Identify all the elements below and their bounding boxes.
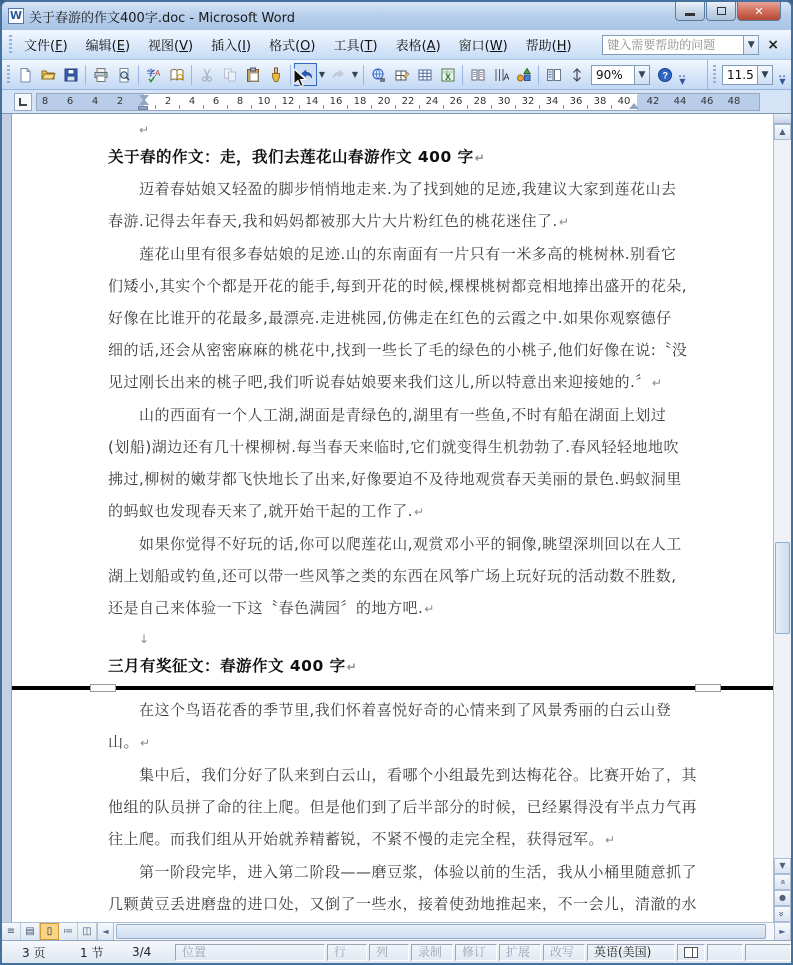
tables-and-borders-button[interactable] (390, 63, 413, 86)
toolbar-drag-handle[interactable] (7, 65, 10, 85)
split-handle[interactable] (774, 114, 791, 124)
language-indicator[interactable]: 英语(美国) (587, 944, 675, 961)
paragraph-text: 关于春的作文：走，我们去莲花山春游作文 400 字 (108, 148, 474, 166)
formatting-mark-line: ↓ (138, 625, 773, 651)
location-indicator: 位置 (175, 944, 325, 961)
paragraph-text: 在这个鸟语花香的季节里,我们怀着喜悦好奇的心情来到了风景秀丽的白云山登 山。 (108, 701, 671, 751)
paragraph-mark: ↵ (474, 151, 485, 165)
ruler-number: 6 (67, 96, 73, 107)
menu-items: 文件(F)编辑(E)视图(V)插入(I)格式(O)工具(T)表格(A)窗口(W)… (15, 35, 581, 54)
cut-button[interactable] (195, 63, 218, 86)
toolbar-drag-handle[interactable] (713, 65, 716, 85)
ruler-number: 18 (354, 96, 367, 107)
document-paragraph[interactable]: 集中后，我们分好了队来到白云山，看哪个小组最先到达梅花谷。比赛开始了，其 他组的… (108, 759, 728, 856)
paragraph-mark: ↵ (346, 660, 357, 674)
ruler-number: 28 (474, 96, 487, 107)
word-window: W 关于春游的作文400字.doc - Microsoft Word ✕ 文件(… (0, 0, 793, 965)
paragraph-mark: ↓ (138, 632, 149, 646)
status-bar: 3 页 1 节 3/4 位置 行 列 录制 修订 扩展 改写 英语(美国) (2, 940, 791, 963)
columns-button[interactable] (466, 63, 489, 86)
document-paragraph[interactable]: 如果你觉得不好玩的话,你可以爬莲花山,观赏邓小平的铜像,眺望深圳回以在人工 湖上… (108, 528, 728, 625)
restore-button[interactable] (706, 2, 736, 21)
word-document-icon: W (8, 8, 24, 24)
show-hide-marks-icon (569, 67, 585, 83)
tables-and-borders-icon (394, 67, 410, 83)
drawing-button[interactable] (512, 63, 535, 86)
paste-icon (245, 67, 261, 83)
ruler-number: 8 (237, 96, 243, 107)
drawing-icon (516, 67, 532, 83)
ruler-number: 14 (306, 96, 319, 107)
ruler-number: 40 (618, 96, 631, 107)
page-position-indicator: 3/4 (126, 945, 174, 959)
ruler-number: 16 (330, 96, 343, 107)
new-document-button[interactable] (13, 63, 36, 86)
ruler-left-margin-zone (37, 94, 144, 110)
paragraph-text: 迈着春姑娘又轻盈的脚步悄悄地走来.为了找到她的足迹,我建议大家到莲花山去 春游.… (108, 180, 677, 230)
ruler-number: 2 (117, 96, 123, 107)
section-indicator: 1 节 (74, 944, 126, 961)
spelling-book-icon (684, 947, 698, 958)
title-bar[interactable]: W 关于春游的作文400字.doc - Microsoft Word ✕ (2, 2, 791, 30)
paragraph-mark: ↵ (651, 376, 662, 390)
paragraph-text: 莲花山里有很多春姑娘的足迹.山的东南面有一片只有一米多高的桃树林.别看它 们矮小… (108, 245, 687, 391)
help-dropdown-arrow[interactable]: ▼ (744, 35, 759, 55)
insert-table-icon (417, 67, 433, 83)
open-button[interactable] (36, 63, 59, 86)
ruler-number: 36 (570, 96, 583, 107)
svg-text:X: X (445, 72, 451, 82)
ruler-number: 48 (728, 96, 741, 107)
paragraph-mark: ↵ (558, 215, 569, 229)
research-icon (169, 67, 185, 83)
browse-ball-icon: ● (779, 894, 786, 902)
window-title: 关于春游的作文400字.doc - Microsoft Word (29, 7, 675, 26)
svg-text:字: 字 (147, 67, 155, 77)
ruler-row: 8642246810121416182022242628303234363840… (2, 90, 791, 114)
vertical-scroll-track[interactable] (774, 140, 791, 858)
open-icon (40, 67, 56, 83)
horizontal-scroll-thumb[interactable] (116, 924, 766, 939)
status-empty-cell (745, 944, 791, 961)
horizontal-scroll-track[interactable] (114, 923, 774, 940)
scroll-left-button[interactable]: ◄ (97, 923, 114, 940)
standard-toolbar: 字A▼▼XA90%▼?··▼ (4, 60, 707, 89)
next-page-button[interactable]: « (774, 906, 791, 922)
select-browse-object-button[interactable]: ● (774, 890, 791, 906)
toolbar-separator (138, 65, 139, 85)
menu-item-file[interactable]: 文件(F) (15, 35, 77, 58)
columns-icon (470, 67, 486, 83)
track-changes-toggle[interactable]: 修订 (455, 944, 497, 961)
document-heading[interactable]: 关于春的作文：走，我们去莲花山春游作文 400 字↵ (108, 142, 728, 173)
distribute-text-icon: A (493, 67, 509, 83)
extend-selection-toggle[interactable]: 扩展 (499, 944, 541, 961)
document-paragraph[interactable]: 莲花山里有很多春姑娘的足迹.山的东南面有一片只有一米多高的桃树林.别看它 们矮小… (108, 238, 728, 399)
document-paragraph[interactable]: 在这个鸟语花香的季节里,我们怀着喜悦好奇的心情来到了风景秀丽的白云山登 山。↵ (108, 694, 728, 759)
overtype-toggle[interactable]: 改写 (543, 944, 585, 961)
menu-item-insert[interactable]: 插入(I) (202, 35, 260, 58)
formatting-mark-line: ↵ (138, 116, 773, 142)
toolbar-separator (538, 65, 539, 85)
format-painter-button[interactable] (264, 63, 287, 86)
svg-text:A: A (155, 69, 161, 78)
paragraph-mark: ↵ (139, 736, 150, 750)
insert-hyperlink-button[interactable] (367, 63, 390, 86)
copy-icon (222, 67, 238, 83)
ruler-number: 20 (378, 96, 391, 107)
document-paragraph[interactable]: 第一阶段完毕，进入第二阶段——磨豆浆，体验以前的生活，我从小桶里随意抓了 几颗黄… (108, 856, 728, 920)
page-edge-notch (695, 684, 721, 692)
reading-layout-view-button[interactable]: ◫ (78, 923, 97, 940)
horizontal-scrollbar-row: ≡▤▯≔◫ ◄ ► (2, 922, 791, 940)
save-button[interactable] (59, 63, 82, 86)
web-layout-view-button[interactable]: ▤ (21, 923, 40, 940)
ruler-number: 24 (426, 96, 439, 107)
page-number-indicator: 3 页 (16, 944, 74, 961)
page-edge-notch (90, 684, 116, 692)
copy-button[interactable] (218, 63, 241, 86)
menu-item-edit[interactable]: 编辑(E) (77, 35, 139, 58)
distribute-text-button[interactable]: A (489, 63, 512, 86)
redo-button[interactable] (327, 63, 350, 86)
spelling-and-grammar-icon: 字A (146, 67, 162, 83)
ruler-number: 12 (282, 96, 295, 107)
toolbar-separator (363, 65, 364, 85)
insert-excel-worksheet-button[interactable]: X (436, 63, 459, 86)
print-icon (93, 67, 109, 83)
redo-dropdown-arrow[interactable]: ▼ (350, 70, 360, 79)
normal-view-button[interactable]: ≡ (2, 923, 21, 940)
macro-record-toggle[interactable]: 录制 (411, 944, 453, 961)
ruler-number: 2 (165, 96, 171, 107)
paragraph-text: 如果你觉得不好玩的话,你可以爬莲花山,观赏邓小平的铜像,眺望深圳回以在人工 湖上… (108, 535, 682, 617)
ruler-number: 4 (92, 96, 98, 107)
ruler-number: 6 (213, 96, 219, 107)
ruler-number: 42 (647, 96, 660, 107)
help-question-input[interactable]: 键入需要帮助的问题 (602, 35, 744, 55)
help-icon: ? (657, 67, 673, 83)
close-icon: ✕ (754, 6, 763, 17)
research-button[interactable] (165, 63, 188, 86)
document-paragraph[interactable]: 山的西面有一个人工湖,湖面是青绿色的,湖里有一些鱼,不时有船在湖面上划过 (划船… (108, 399, 728, 528)
toolbar-separator (290, 65, 291, 85)
zoom-combo[interactable]: 90%▼ (591, 65, 650, 85)
paragraph-text: 山的西面有一个人工湖,湖面是青绿色的,湖里有一些鱼,不时有船在湖面上划过 (划船… (108, 406, 682, 520)
paste-button[interactable] (241, 63, 264, 86)
mouse-cursor (293, 68, 307, 88)
reading-layout-view-icon: ◫ (82, 926, 91, 937)
scroll-up-button[interactable]: ▲ (774, 124, 791, 140)
minimize-icon (685, 13, 695, 16)
print-layout-view-icon: ▯ (47, 926, 53, 937)
ruler-number: 46 (701, 96, 714, 107)
vertical-scrollbar[interactable]: ▲ ▼ « ● « (773, 114, 791, 922)
normal-view-icon: ≡ (7, 926, 15, 937)
close-button[interactable]: ✕ (737, 2, 781, 21)
menu-item-help[interactable]: 帮助(H) (517, 35, 581, 58)
document-heading[interactable]: 三月有奖征文：春游作文 400 字↵ (108, 651, 728, 682)
ruler-number: 4 (189, 96, 195, 107)
document-paragraph[interactable]: 迈着春姑娘又轻盈的脚步悄悄地走来.为了找到她的足迹,我建议大家到莲花山去 春游.… (108, 173, 728, 238)
ruler-number: 44 (674, 96, 687, 107)
toolbar-separator (191, 65, 192, 85)
svg-text:A: A (503, 72, 509, 82)
ruler-number: 26 (450, 96, 463, 107)
menu-item-view[interactable]: 视图(V) (139, 35, 202, 58)
menu-item-tools[interactable]: 工具(T) (324, 35, 386, 58)
ruler-number: 8 (42, 96, 48, 107)
zoom-value[interactable]: 90% (591, 65, 635, 85)
menu-bar: 文件(F)编辑(E)视图(V)插入(I)格式(O)工具(T)表格(A)窗口(W)… (2, 30, 791, 60)
menu-item-format[interactable]: 格式(O) (260, 35, 324, 58)
double-chevron-down-icon: « (778, 911, 788, 917)
column-indicator: 列 (369, 944, 409, 961)
ruler-number: 32 (522, 96, 535, 107)
minimize-button[interactable] (675, 2, 705, 21)
outline-view-button[interactable]: ≔ (59, 923, 78, 940)
double-chevron-up-icon: « (778, 879, 788, 885)
previous-page-button[interactable]: « (774, 874, 791, 890)
status-empty-cell (707, 944, 743, 961)
insert-table-button[interactable] (413, 63, 436, 86)
document-map-icon (546, 67, 562, 83)
left-margin-strip (2, 114, 12, 922)
help-button[interactable]: ? (653, 63, 676, 86)
toolbar-separator (85, 65, 86, 85)
menubar-drag-handle[interactable] (9, 35, 12, 55)
document-map-button[interactable] (542, 63, 565, 86)
scroll-right-button[interactable]: ► (774, 923, 791, 940)
restore-icon (717, 7, 726, 15)
format-painter-icon (268, 67, 284, 83)
print-preview-button[interactable] (112, 63, 135, 86)
paragraph-mark: ↵ (423, 602, 434, 616)
print-layout-view-button[interactable]: ▯ (40, 923, 59, 940)
spelling-status-cell[interactable] (677, 944, 705, 961)
scroll-down-button[interactable]: ▼ (774, 858, 791, 874)
font-size-dropdown-arrow[interactable]: ▼ (758, 65, 773, 85)
save-icon (63, 67, 79, 83)
paragraph-mark: ↵ (138, 123, 149, 137)
cut-icon (199, 67, 215, 83)
ruler-number: 10 (258, 96, 271, 107)
ruler-number: 38 (594, 96, 607, 107)
show-hide-marks-button[interactable] (565, 63, 588, 86)
standard-toolbar-options-button[interactable]: ··▼ (676, 63, 689, 86)
font-size-combo[interactable]: 11.5 ▼ (722, 65, 773, 85)
print-preview-icon (116, 67, 132, 83)
svg-text:?: ? (662, 70, 668, 80)
view-mode-buttons: ≡▤▯≔◫ (2, 923, 97, 940)
undo-dropdown-arrow[interactable]: ▼ (317, 70, 327, 79)
hanging-indent-marker[interactable] (139, 99, 149, 105)
outline-view-icon: ≔ (63, 926, 73, 937)
toolbar-row: 字A▼▼XA90%▼?··▼ 11.5 ▼ ··▼ (2, 60, 791, 90)
document-page[interactable]: ↵关于春的作文：走，我们去莲花山春游作文 400 字↵迈着春姑娘又轻盈的脚步悄悄… (12, 114, 773, 922)
menu-item-table[interactable]: 表格(A) (387, 35, 450, 58)
page-break-line (12, 686, 773, 690)
spelling-and-grammar-button[interactable]: 字A (142, 63, 165, 86)
menu-item-window[interactable]: 窗口(W) (450, 35, 517, 58)
toolbar-separator (462, 65, 463, 85)
document-close-icon[interactable]: × (759, 37, 787, 53)
ruler-number: 34 (546, 96, 559, 107)
ruler-number: 22 (402, 96, 415, 107)
formatting-toolbar: 11.5 ▼ ··▼ (707, 60, 789, 89)
paragraph-text: 三月有奖征文：春游作文 400 字 (108, 657, 346, 675)
document-area: ↵关于春的作文：走，我们去莲花山春游作文 400 字↵迈着春姑娘又轻盈的脚步悄悄… (2, 114, 791, 922)
print-button[interactable] (89, 63, 112, 86)
insert-hyperlink-icon (371, 67, 387, 83)
web-layout-view-icon: ▤ (25, 926, 34, 937)
font-size-value[interactable]: 11.5 (722, 65, 758, 85)
redo-icon (331, 67, 347, 83)
tab-stop-selector[interactable] (14, 93, 32, 111)
line-indicator: 行 (327, 944, 367, 961)
left-indent-marker[interactable] (138, 106, 148, 110)
paragraph-mark: ↵ (413, 505, 424, 519)
page-break (12, 682, 773, 694)
vertical-scroll-thumb[interactable] (775, 542, 790, 634)
ruler-number: 30 (498, 96, 511, 107)
horizontal-ruler[interactable]: 8642246810121416182022242628303234363840… (36, 93, 760, 111)
insert-excel-worksheet-icon: X (440, 67, 456, 83)
right-indent-marker[interactable] (629, 103, 639, 109)
paragraph-mark: ↵ (604, 833, 615, 847)
paragraph-text: 第一阶段完毕，进入第二阶段——磨豆浆，体验以前的生活，我从小桶里随意抓了 几颗黄… (108, 863, 697, 913)
formatting-toolbar-options-button[interactable]: ··▼ (776, 63, 789, 86)
zoom-dropdown-arrow[interactable]: ▼ (635, 65, 650, 85)
left-tab-icon (19, 98, 27, 106)
new-document-icon (17, 67, 33, 83)
